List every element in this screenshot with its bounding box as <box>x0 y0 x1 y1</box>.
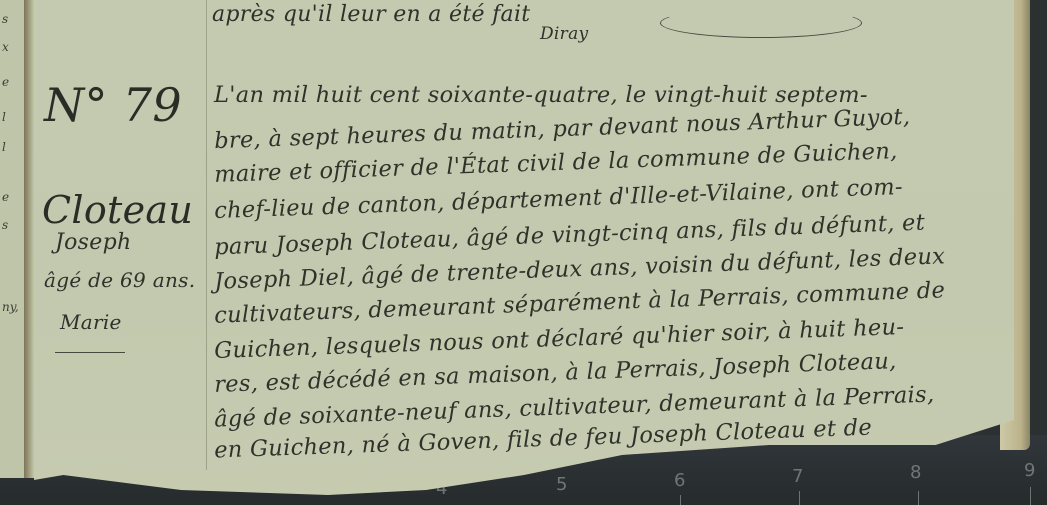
left-page-fragment: l <box>2 110 6 124</box>
ruler-tick <box>680 495 681 505</box>
margin-underline <box>55 352 125 353</box>
ruler-tick <box>918 491 919 505</box>
ruler-number: 8 <box>910 462 921 483</box>
left-page-fragment: x <box>2 40 9 54</box>
ruler-number: 7 <box>792 466 803 487</box>
deceased-given-name: Joseph <box>55 230 131 255</box>
left-page-fragment: e <box>2 75 9 89</box>
left-page-fragment: e <box>2 190 9 204</box>
signature: Diray <box>540 24 588 44</box>
left-page-fragment: ny, <box>2 300 19 314</box>
deceased-age: âgé de 69 ans. <box>44 268 195 292</box>
left-page-fragment: s <box>2 12 8 26</box>
ruler-number: 9 <box>1024 460 1035 481</box>
margin-rule <box>206 0 207 470</box>
ruler-tick <box>799 491 800 505</box>
record-line: L'an mil huit cent soixante-quatre, le v… <box>214 82 868 108</box>
deceased-surname: Cloteau <box>42 188 193 232</box>
book-gutter <box>24 0 34 478</box>
ruler-tick <box>1030 487 1031 505</box>
deceased-given-name-2: Marie <box>60 310 122 334</box>
left-page-fragment: s <box>2 218 8 232</box>
left-page-edge: s x e l l e s ny, <box>0 0 26 478</box>
left-page-fragment: l <box>2 140 6 154</box>
signature-flourish <box>660 8 862 38</box>
entry-number: N° 79 <box>44 78 182 132</box>
ruler-number: 6 <box>674 470 685 491</box>
previous-entry-text: après qu'il leur en a été fait <box>212 2 530 27</box>
ruler-number: 5 <box>556 474 567 495</box>
scanned-document-scene: 4 5 6 7 8 9 s x e l l e s ny, après qu'i… <box>0 0 1047 505</box>
